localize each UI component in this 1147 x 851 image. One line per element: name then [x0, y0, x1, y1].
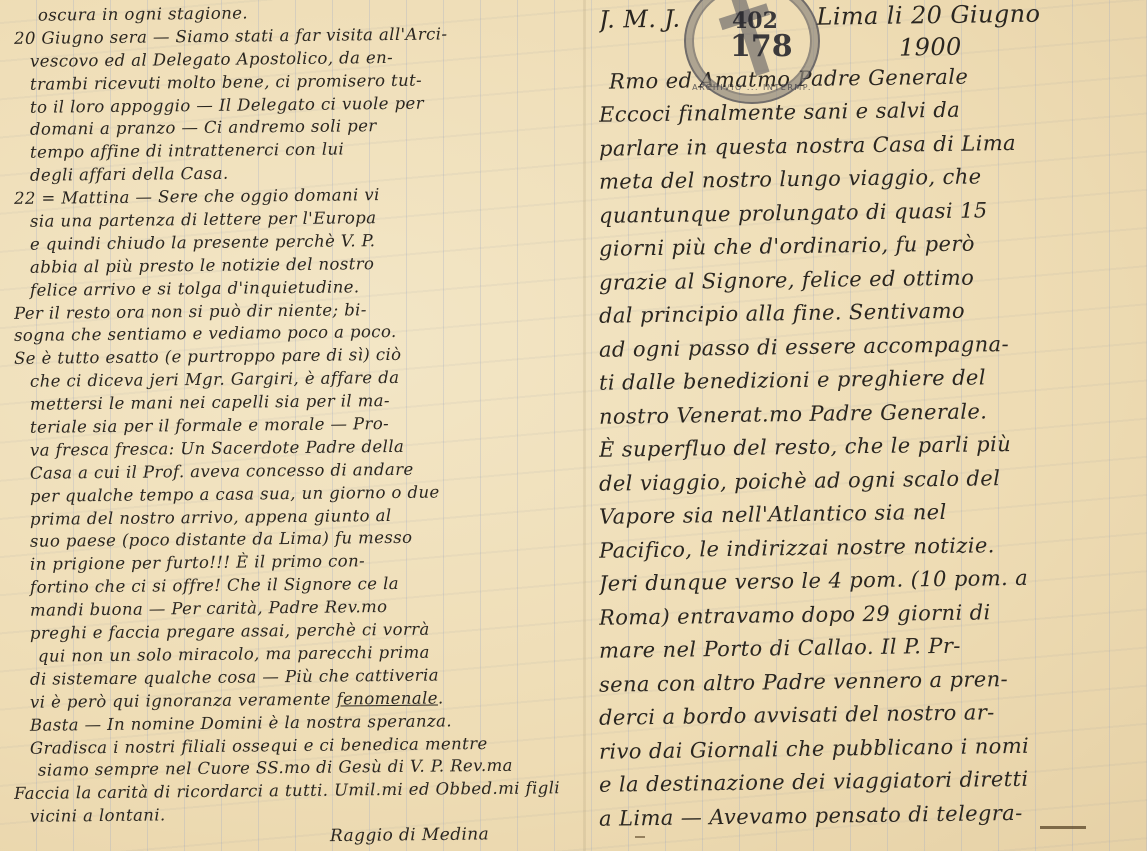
place-date: Lima li 20 Giugno [816, 0, 1040, 31]
monogram: J. M. J. [599, 5, 681, 34]
stamp-number-bottom: 178 [730, 32, 793, 62]
left-page: oscura in ogni stagione. 20 Giugno sera … [0, 0, 585, 851]
signature: Raggio di Medina [0, 823, 489, 851]
underlined-word: fenomenale [336, 688, 438, 708]
text-line: a Lima — Avevamo pensato di telegra- [599, 795, 1139, 836]
ink-mark [635, 836, 645, 838]
ink-mark [1040, 826, 1086, 829]
letter-spread: oscura in ogni stagione. 20 Giugno sera … [0, 0, 1147, 851]
right-page: J. M. J. Lima li 20 Giugno 1900 Rmo ed A… [585, 0, 1147, 851]
archive-stamp: 402 178 ARCHIVIO ... INTERMP. [684, 0, 820, 104]
stamp-ring-text: ARCHIVIO ... INTERMP. [686, 83, 818, 92]
